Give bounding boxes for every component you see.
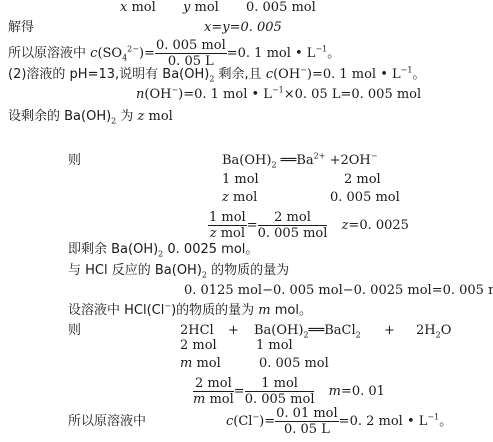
- ratio-0005-b: 0. 005 mol: [259, 356, 329, 372]
- var-c: c: [266, 67, 273, 82]
- fraction: 2 mol0. 005 mol: [258, 210, 328, 241]
- ion: (OH: [144, 87, 171, 102]
- ratio-1mol-baoh2: 1 mol: [256, 338, 293, 354]
- text: O: [441, 323, 452, 338]
- reaction-hcl: 2HCl: [180, 323, 214, 339]
- fraction: 0. 005 mol0. 05 L: [155, 38, 227, 69]
- text: 2H: [416, 323, 436, 338]
- unit: mol: [144, 109, 172, 124]
- assume-m: 设溶液中 HCl(Cl−)的物质的量为 m mol。: [68, 303, 312, 319]
- reaction-baoh2: Ba(OH)2══BaCl2: [254, 323, 361, 339]
- ionization-equation: Ba(OH)2 ══Ba2+ +2OH−: [222, 153, 377, 169]
- eq: =: [234, 384, 245, 399]
- result: =0. 1 mol • L: [227, 46, 316, 61]
- numerator: 2 mol: [258, 210, 328, 226]
- sup: −1: [315, 45, 327, 54]
- conclusion-label: 所以原溶液中: [68, 414, 146, 430]
- text: ══Ba: [277, 153, 314, 168]
- numerator: 2 mol: [193, 376, 234, 392]
- text: 即剩余 Ba(OH): [68, 242, 158, 257]
- numerator: 1 mol: [208, 210, 247, 226]
- solve-label: 解得: [8, 20, 34, 36]
- unit: mol。: [271, 303, 312, 318]
- text: 为: [116, 109, 137, 124]
- text: (2)溶液的 pH=13,说明有 Ba(OH): [8, 67, 209, 82]
- sup: 2−: [127, 45, 139, 54]
- plus-2: +: [384, 323, 395, 339]
- reaction-h2o: 2H2O: [416, 323, 451, 339]
- unit: mol: [192, 356, 220, 371]
- ratio-2mol: 2 mol: [344, 172, 381, 188]
- eq: )=: [259, 414, 275, 429]
- result: =0. 01: [341, 384, 385, 399]
- text: 剩余,且: [214, 67, 265, 82]
- period: 。: [412, 67, 425, 82]
- denominator: m mol: [193, 392, 234, 407]
- reacted-baoh2-label: 与 HCl 反应的 Ba(OH)2 的物质的量为: [68, 263, 289, 279]
- ratio-1mol: 1 mol: [222, 172, 259, 188]
- unit: mol: [217, 226, 245, 241]
- label: 所以原溶液中: [8, 46, 86, 61]
- fraction: 0. 01 mol0. 05 L: [275, 406, 339, 437]
- text: Ba(OH): [222, 153, 271, 168]
- ratio-2mol-hcl: 2 mol: [180, 338, 217, 354]
- ion: (SO: [97, 46, 122, 61]
- fraction: 2 molm mol: [193, 376, 234, 407]
- numerator: 1 mol: [245, 376, 315, 392]
- remaining-baoh2: 即剩余 Ba(OH)2 0. 0025 mol。: [68, 242, 258, 258]
- ion: (OH: [273, 67, 300, 82]
- numerator: 0. 01 mol: [275, 406, 339, 422]
- plus-1: +: [228, 323, 239, 339]
- ratio-z: z mol: [222, 190, 257, 206]
- then-label-1: 则: [68, 153, 81, 169]
- line-1-c: 0. 005 mol: [246, 0, 316, 16]
- text: )=0. 1 mol • L: [307, 67, 401, 82]
- text: ×0. 05 L=0. 005 mol: [284, 87, 421, 102]
- sup: −: [300, 66, 307, 75]
- text: 0. 0025 mol。: [163, 242, 258, 257]
- period: 。: [327, 46, 340, 61]
- unit: mol: [205, 392, 233, 407]
- sup: −1: [272, 86, 284, 95]
- sulfate-concentration: 所以原溶液中 c(SO42−)=0. 005 mol0. 05 L=0. 1 m…: [8, 38, 340, 69]
- ratio-0005: 0. 005 mol: [330, 190, 400, 206]
- var-m: m: [258, 303, 270, 318]
- period: 。: [439, 414, 452, 429]
- denominator: 0. 005 mol: [258, 226, 328, 241]
- text: +2OH: [325, 153, 370, 168]
- subtraction-expression: 0. 0125 mol−0. 005 mol−0. 0025 mol=0. 00…: [184, 283, 493, 299]
- denominator: z mol: [208, 226, 247, 241]
- sub: 2: [356, 331, 361, 340]
- unit: mol: [127, 0, 155, 15]
- text: 设溶液中 HCl(Cl: [68, 303, 164, 318]
- denominator: 0. 05 L: [275, 422, 339, 437]
- text: 设剩余的 Ba(OH): [8, 109, 111, 124]
- text: 的物质的量为: [207, 263, 289, 278]
- text: )的物质的量为: [171, 303, 258, 318]
- unit: mol: [190, 0, 218, 15]
- proportion-z: 1 molz mol=2 mol0. 005 mol z=0. 0025: [208, 210, 409, 241]
- text: )=0. 1 mol • L: [178, 87, 272, 102]
- var-m: m: [180, 356, 192, 371]
- result: =0. 0025: [348, 218, 409, 233]
- eq: =: [247, 218, 258, 233]
- var: z: [210, 226, 217, 241]
- var-z: z: [222, 190, 229, 205]
- text: ══BaCl: [309, 323, 356, 338]
- assume-z: 设剩余的 Ba(OH)2 为 z mol: [8, 109, 173, 125]
- sup: −: [371, 152, 378, 161]
- line-1-y: y mol: [183, 0, 219, 16]
- var: m: [193, 392, 205, 407]
- numerator: 0. 005 mol: [155, 38, 227, 54]
- sub: 4: [122, 54, 127, 63]
- sup: −1: [401, 66, 413, 75]
- unit: mol: [229, 190, 257, 205]
- solve-result: x=y=0. 005: [204, 20, 282, 36]
- result: =0. 2 mol • L: [339, 414, 428, 429]
- fraction: 1 mol0. 005 mol: [245, 376, 315, 407]
- text: 与 HCl 反应的 Ba(OH): [68, 263, 202, 278]
- ion: (Cl: [233, 414, 252, 429]
- fraction: 1 molz mol: [208, 210, 247, 241]
- var-m: m: [329, 384, 341, 399]
- sup: 2+: [314, 152, 326, 161]
- line-1: x mol: [120, 0, 156, 16]
- part-2-statement: (2)溶液的 pH=13,说明有 Ba(OH)2 剩余,且 c(OH−)=0. …: [8, 67, 425, 83]
- chloride-concentration: c(Cl−)=0. 01 mol0. 05 L=0. 2 mol • L−1。: [226, 406, 452, 437]
- then-label-2: 则: [68, 323, 81, 339]
- value: 0. 005 mol: [246, 0, 316, 15]
- eq: )=: [139, 46, 155, 61]
- text: Ba(OH): [254, 323, 303, 338]
- sup: −1: [427, 413, 439, 422]
- ratio-m: m mol: [180, 356, 221, 372]
- hydroxide-moles: n(OH−)=0. 1 mol • L−1×0. 05 L=0. 005 mol: [136, 87, 421, 103]
- denominator: 0. 005 mol: [245, 392, 315, 407]
- proportion-m: 2 molm mol=1 mol0. 005 mol m=0. 01: [193, 376, 385, 407]
